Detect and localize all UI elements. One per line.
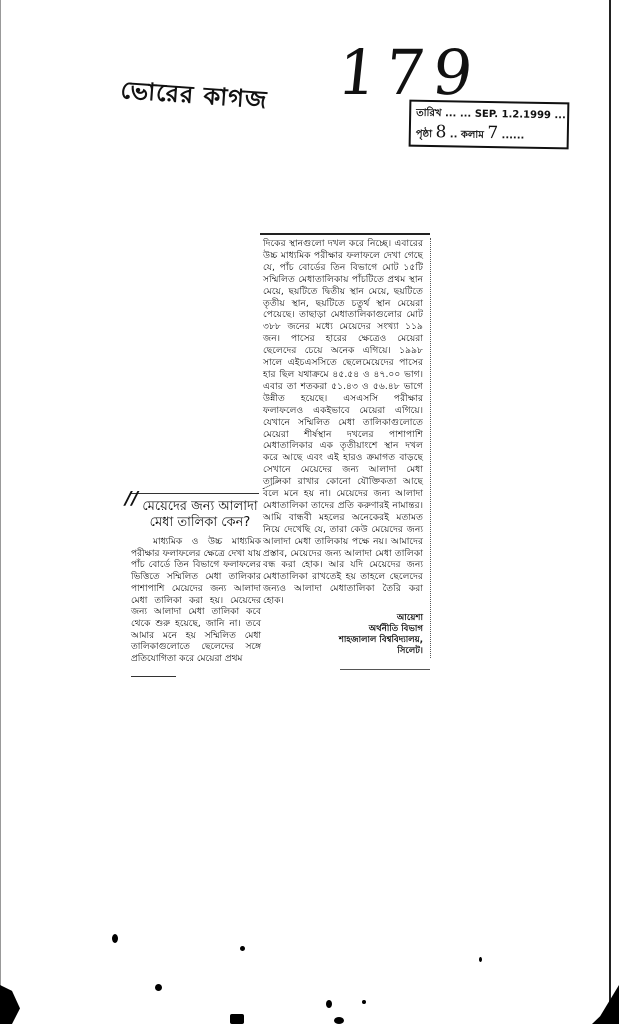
newspaper-masthead: ভোরের কাগজ — [119, 72, 268, 122]
slash-mark: // — [125, 493, 138, 505]
ink-blot — [334, 1017, 344, 1024]
date-stamp: তারিখ ... ... SEP. 1.2.1999 ... পৃষ্ঠা 8… — [409, 100, 570, 150]
column-rule — [260, 233, 430, 235]
page-value: 8 — [435, 122, 446, 142]
article-body-left: মাধ্যমিক ও উচ্চ মাধ্যমিক পরীক্ষার ফলাফলে… — [131, 537, 261, 666]
clipping-bottom-rule — [340, 669, 430, 670]
article-headline: মেয়েদের জন্য আলাদা মেধা তালিকা কেন? — [139, 499, 261, 531]
ink-blot — [479, 957, 482, 962]
ink-blot — [240, 946, 245, 951]
author-department: অর্থনীতি বিভাগ — [263, 624, 423, 635]
ink-blot — [112, 934, 118, 943]
page-right-edge — [609, 0, 611, 1024]
ink-blot — [362, 1000, 366, 1004]
column-rule — [131, 493, 259, 494]
article-left-column: // মেয়েদের জন্য আলাদা মেধা তালিকা কেন? … — [131, 497, 261, 666]
torn-corner — [0, 985, 20, 1024]
article-body-right: দিকের স্থানগুলো দখল করে নিচ্ছে। এবারের উ… — [263, 238, 423, 607]
author-city: সিলেট। — [263, 646, 423, 657]
date-label: তারিখ — [416, 108, 442, 119]
author-institution: শাহজালাল বিশ্ববিদ্যালয়, — [263, 635, 423, 646]
author-signature: আয়েশা অর্থনীতি বিভাগ শাহজালাল বিশ্ববিদ্… — [263, 613, 423, 657]
date-value: SEP. 1.2.1999 — [475, 109, 551, 121]
page-label: পৃষ্ঠা — [416, 129, 432, 140]
article-right-column: দিকের স্থানগুলো দখল করে নিচ্ছে। এবারের উ… — [263, 238, 423, 657]
torn-corner — [592, 985, 619, 1024]
ink-blot — [326, 1000, 332, 1008]
page-left-edge — [0, 0, 1, 1024]
page-column-row: পৃষ্ঠা 8 .. কলাম 7 ...... — [416, 123, 562, 147]
author-name: আয়েশা — [263, 613, 423, 624]
ink-blot — [230, 1014, 244, 1024]
archive-number: 179 — [334, 36, 484, 109]
column-label: কলাম — [461, 130, 484, 141]
column-value: 7 — [487, 123, 498, 143]
column-side-rule — [429, 238, 431, 658]
ink-blot — [155, 984, 162, 991]
clipping-bottom-rule — [131, 676, 176, 677]
